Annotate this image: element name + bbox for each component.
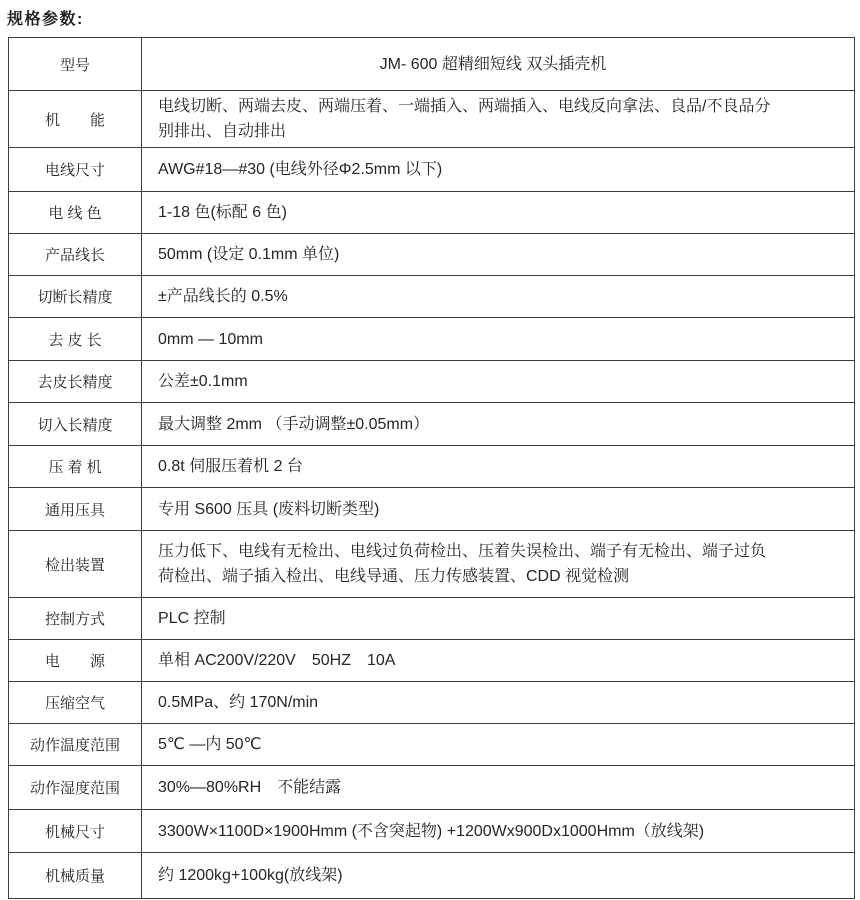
spec-row: 控制方式 PLC 控制	[9, 598, 855, 640]
spec-value-cell: 5℃ —内 50℃	[142, 724, 855, 766]
spec-table: 型号 JM- 600 超精细短线 双头插壳机 机 能 电线切断、两端去皮、两端压…	[8, 37, 855, 899]
spec-value-cell: ±产品线长的 0.5%	[142, 276, 855, 318]
spec-row: 机械质量 约 1200kg+100kg(放线架)	[9, 853, 855, 899]
spec-label-cell: 切断长精度	[9, 276, 142, 318]
spec-label-cell: 产品线长	[9, 234, 142, 276]
spec-row: 去皮长精度 公差±0.1mm	[9, 361, 855, 403]
spec-value-cell: 0.5MPa、约 170N/min	[142, 682, 855, 724]
spec-label-cell: 电 线 色	[9, 192, 142, 234]
spec-row: 切断长精度 ±产品线长的 0.5%	[9, 276, 855, 318]
spec-row: 动作湿度范围 30%—80%RH 不能结露	[9, 766, 855, 810]
spec-label-cell: 动作湿度范围	[9, 766, 142, 810]
spec-label-cell: 切入长精度	[9, 403, 142, 446]
spec-label-cell: 压缩空气	[9, 682, 142, 724]
spec-value-cell: 单相 AC200V/220V 50HZ 10A	[142, 640, 855, 682]
spec-row: 去 皮 长 0mm — 10mm	[9, 318, 855, 361]
spec-row: 型号 JM- 600 超精细短线 双头插壳机	[9, 38, 855, 91]
spec-label-cell: 型号	[9, 38, 142, 91]
spec-value-cell: 专用 S600 压具 (废料切断类型)	[142, 488, 855, 531]
spec-label-cell: 压 着 机	[9, 446, 142, 488]
spec-row: 机 能 电线切断、两端去皮、两端压着、一端插入、两端插入、电线反向拿法、良品/不…	[9, 91, 855, 148]
spec-label-cell: 通用压具	[9, 488, 142, 531]
spec-table-body: 型号 JM- 600 超精细短线 双头插壳机 机 能 电线切断、两端去皮、两端压…	[9, 38, 855, 899]
spec-label-cell: 去 皮 长	[9, 318, 142, 361]
spec-label-cell: 电线尺寸	[9, 148, 142, 192]
spec-row: 压缩空气 0.5MPa、约 170N/min	[9, 682, 855, 724]
spec-value-cell: 公差±0.1mm	[142, 361, 855, 403]
spec-value-cell: 压力低下、电线有无检出、电线过负荷检出、压着失误检出、端子有无检出、端子过负 荷…	[142, 531, 855, 598]
spec-label-cell: 动作温度范围	[9, 724, 142, 766]
spec-value-cell: JM- 600 超精细短线 双头插壳机	[142, 38, 855, 91]
spec-value-cell: PLC 控制	[142, 598, 855, 640]
spec-label-cell: 机械尺寸	[9, 810, 142, 853]
spec-value-cell: 30%—80%RH 不能结露	[142, 766, 855, 810]
spec-value-cell: 50mm (设定 0.1mm 单位)	[142, 234, 855, 276]
spec-label-cell: 控制方式	[9, 598, 142, 640]
spec-value-cell: 0mm — 10mm	[142, 318, 855, 361]
spec-row: 电 线 色 1-18 色(标配 6 色)	[9, 192, 855, 234]
spec-row: 通用压具 专用 S600 压具 (废料切断类型)	[9, 488, 855, 531]
spec-label-cell: 电 源	[9, 640, 142, 682]
spec-value-cell: 约 1200kg+100kg(放线架)	[142, 853, 855, 899]
spec-value-cell: 1-18 色(标配 6 色)	[142, 192, 855, 234]
spec-label-cell: 去皮长精度	[9, 361, 142, 403]
spec-value-cell: 0.8t 伺服压着机 2 台	[142, 446, 855, 488]
spec-label-cell: 机 能	[9, 91, 142, 148]
spec-value-cell: 3300W×1100D×1900Hmm (不含突起物) +1200Wx900Dx…	[142, 810, 855, 853]
page-title: 规格参数:	[0, 0, 860, 30]
spec-row: 机械尺寸 3300W×1100D×1900Hmm (不含突起物) +1200Wx…	[9, 810, 855, 853]
spec-value-cell: 最大调整 2mm （手动调整±0.05mm）	[142, 403, 855, 446]
spec-row: 电线尺寸 AWG#18—#30 (电线外径Φ2.5mm 以下)	[9, 148, 855, 192]
spec-value-cell: 电线切断、两端去皮、两端压着、一端插入、两端插入、电线反向拿法、良品/不良品分 …	[142, 91, 855, 148]
spec-value-cell: AWG#18—#30 (电线外径Φ2.5mm 以下)	[142, 148, 855, 192]
spec-row: 电 源 单相 AC200V/220V 50HZ 10A	[9, 640, 855, 682]
spec-row: 切入长精度 最大调整 2mm （手动调整±0.05mm）	[9, 403, 855, 446]
spec-label-cell: 检出装置	[9, 531, 142, 598]
spec-row: 压 着 机 0.8t 伺服压着机 2 台	[9, 446, 855, 488]
spec-row: 检出装置 压力低下、电线有无检出、电线过负荷检出、压着失误检出、端子有无检出、端…	[9, 531, 855, 598]
spec-label-cell: 机械质量	[9, 853, 142, 899]
spec-row: 产品线长 50mm (设定 0.1mm 单位)	[9, 234, 855, 276]
spec-row: 动作温度范围 5℃ —内 50℃	[9, 724, 855, 766]
